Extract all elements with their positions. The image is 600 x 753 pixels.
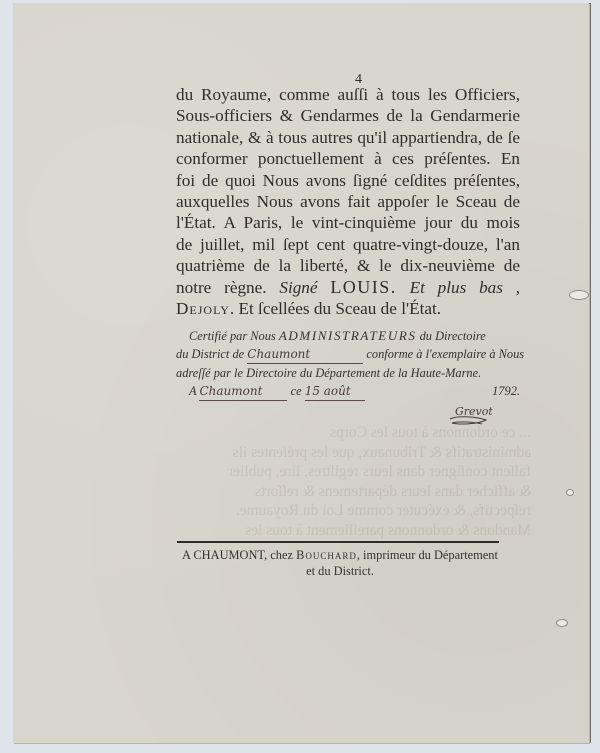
imprint-line-2: et du District. bbox=[170, 563, 510, 579]
text: , imprimeur du Département bbox=[357, 548, 498, 562]
punch-hole bbox=[569, 290, 589, 300]
bleed-line: faſſent conſigner dans leurs regiſtres, … bbox=[191, 462, 531, 482]
certification-block: Certifié par Nous ADMINISTRATEURS du Dir… bbox=[176, 327, 520, 401]
imprint-line-1: A CHAUMONT, chez Bouchard, imprimeur du … bbox=[170, 547, 510, 563]
body-line: de juillet, mil ſept cent quatre-vingt-d… bbox=[176, 234, 520, 255]
handwritten-date: 15 août bbox=[305, 382, 365, 401]
year: 1792. bbox=[492, 382, 520, 400]
text: du District de bbox=[176, 347, 244, 361]
printer-name: Bouchard bbox=[296, 548, 357, 562]
body-line: nationale, & à tous autres qu'il apparti… bbox=[176, 127, 520, 148]
administrators-label: ADMINISTRATEURS bbox=[279, 328, 417, 343]
bleed-through-text: ... ce ordonnons à tous les Corps admini… bbox=[191, 423, 531, 540]
signe-label: Signé bbox=[279, 278, 317, 297]
signature-flourish-icon bbox=[448, 415, 488, 427]
body-line: auxquelles Nous avons fait appoſer le Sc… bbox=[176, 191, 520, 212]
body-line: Sous-officiers & Gendarmes de la Gendarm… bbox=[176, 105, 520, 126]
body-line: du Royaume, comme auſſi à tous les Offic… bbox=[176, 84, 520, 105]
printer-imprint: A CHAUMONT, chez Bouchard, imprimeur du … bbox=[170, 547, 510, 579]
bleed-line: Mandons & ordonnons pareillement à tous … bbox=[191, 521, 531, 541]
body-line-signature: notre règne. Signé LOUIS. Et plus bas , bbox=[176, 277, 520, 298]
cert-line-4: A Chaumont ce 15 août1792. bbox=[176, 382, 520, 401]
cert-line-3: adreſſé par le Directoire du Département… bbox=[176, 364, 520, 382]
bleed-line: administratifs & Tribunaux, que les préſ… bbox=[191, 443, 531, 463]
text: du Directoire bbox=[420, 329, 486, 343]
text: ce bbox=[291, 384, 302, 398]
body-text: du Royaume, comme auſſi à tous les Offic… bbox=[176, 84, 520, 319]
text: A bbox=[189, 384, 196, 398]
punch-hole bbox=[566, 489, 574, 496]
text: notre règne. bbox=[176, 278, 267, 297]
divider-rule bbox=[177, 541, 499, 543]
punch-hole bbox=[556, 619, 568, 627]
body-line-seal: Dejoly. Et ſcellées du Sceau de l'État. bbox=[176, 298, 520, 319]
text: Certifié par Nous bbox=[189, 329, 276, 343]
bleed-line: & afficher dans leurs départemens & reſſ… bbox=[191, 482, 531, 502]
minister-name: Dejoly bbox=[176, 299, 230, 318]
cert-line-1: Certifié par Nous ADMINISTRATEURS du Dir… bbox=[176, 327, 520, 345]
body-line: foi de quoi Nous avons ſigné ceſdites pr… bbox=[176, 170, 520, 191]
body-line: quatrième de la liberté, & le dix-neuviè… bbox=[176, 255, 520, 276]
text: . Et ſcellées du Sceau de l'État. bbox=[230, 299, 441, 318]
text: conforme à l'exemplaire à Nous bbox=[366, 347, 524, 361]
cert-line-2: du District de Chaumont conforme à l'exe… bbox=[176, 345, 520, 364]
handwritten-district: Chaumont bbox=[247, 345, 363, 364]
king-name: LOUIS. bbox=[330, 277, 397, 297]
plus-bas-label: Et plus bas , bbox=[410, 278, 520, 297]
text: A CHAUMONT, chez bbox=[182, 548, 293, 562]
body-line: conformer ponctuellement à ces préſentes… bbox=[176, 148, 520, 169]
bleed-line: reſpectifs, & exécuter comme Loi du Roya… bbox=[191, 501, 531, 521]
body-line: l'État. A Paris, le vint-cinquième jour … bbox=[176, 212, 520, 233]
handwritten-place: Chaumont bbox=[199, 382, 287, 401]
